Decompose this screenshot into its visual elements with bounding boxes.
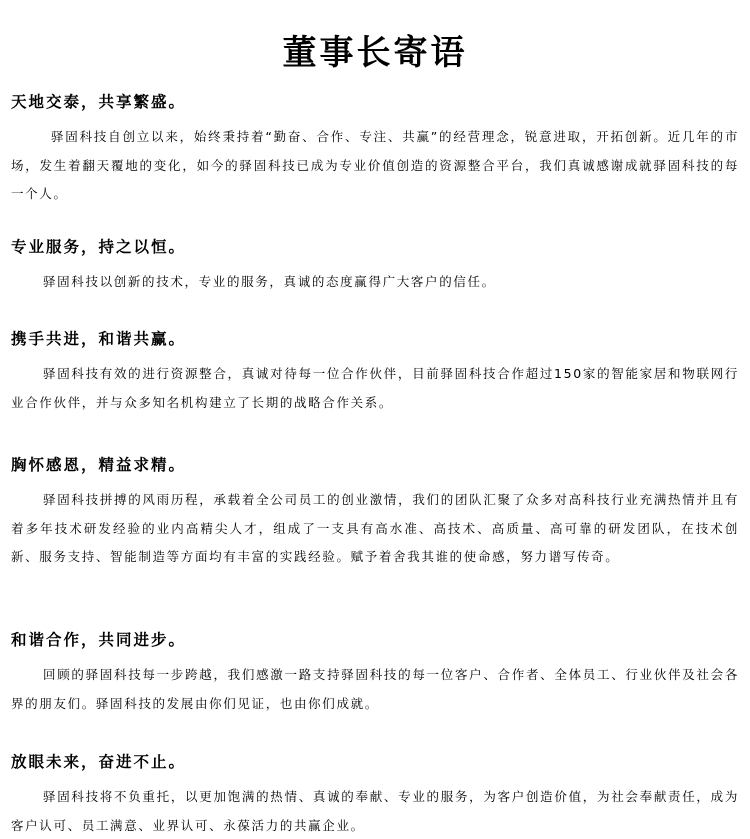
section-cooperation: 和谐合作，共同进步。 回顾的驿固科技每一步跨越，我们感激一路支持驿固科技的每一位… <box>11 629 739 718</box>
section-professional-service: 专业服务，持之以恒。 驿固科技以创新的技术，专业的服务，真诚的态度赢得广大客户的… <box>11 236 739 297</box>
section-body: 驿固科技有效的进行资源整合，真诚对待每一位合作伙伴，目前驿固科技合作超过150家… <box>11 360 739 417</box>
section-heading: 专业服务，持之以恒。 <box>11 236 739 258</box>
section-heading: 放眼未来，奋进不止。 <box>11 751 739 773</box>
section-heading: 携手共进，和谐共赢。 <box>11 328 739 350</box>
section-prosperity: 天地交泰，共享繁盛。 驿固科技自创立以来，始终秉持着“勤奋、合作、专注、共赢”的… <box>11 91 739 209</box>
section-body: 驿固科技拼搏的风雨历程，承载着全公司员工的创业激情，我们的团队汇聚了众多对高科技… <box>11 486 739 572</box>
page-title: 董事长寄语 <box>0 29 750 77</box>
section-future: 放眼未来，奋进不止。 驿固科技将不负重托，以更加饱满的热情、真诚的奉献、专业的服… <box>11 751 739 839</box>
section-gratitude: 胸怀感恩，精益求精。 驿固科技拼搏的风雨历程，承载着全公司员工的创业激情，我们的… <box>11 454 739 572</box>
section-body: 驿固科技以创新的技术，专业的服务，真诚的态度赢得广大客户的信任。 <box>11 268 739 297</box>
section-body: 驿固科技自创立以来，始终秉持着“勤奋、合作、专注、共赢”的经营理念，锐意进取，开… <box>11 123 739 209</box>
section-body: 回顾的驿固科技每一步跨越，我们感激一路支持驿固科技的每一位客户、合作者、全体员工… <box>11 661 739 718</box>
section-heading: 天地交泰，共享繁盛。 <box>11 91 739 113</box>
section-win-win: 携手共进，和谐共赢。 驿固科技有效的进行资源整合，真诚对待每一位合作伙伴，目前驿… <box>11 328 739 417</box>
section-heading: 和谐合作，共同进步。 <box>11 629 739 651</box>
section-body: 驿固科技将不负重托，以更加饱满的热情、真诚的奉献、专业的服务，为客户创造价值，为… <box>11 783 739 839</box>
section-heading: 胸怀感恩，精益求精。 <box>11 454 739 476</box>
